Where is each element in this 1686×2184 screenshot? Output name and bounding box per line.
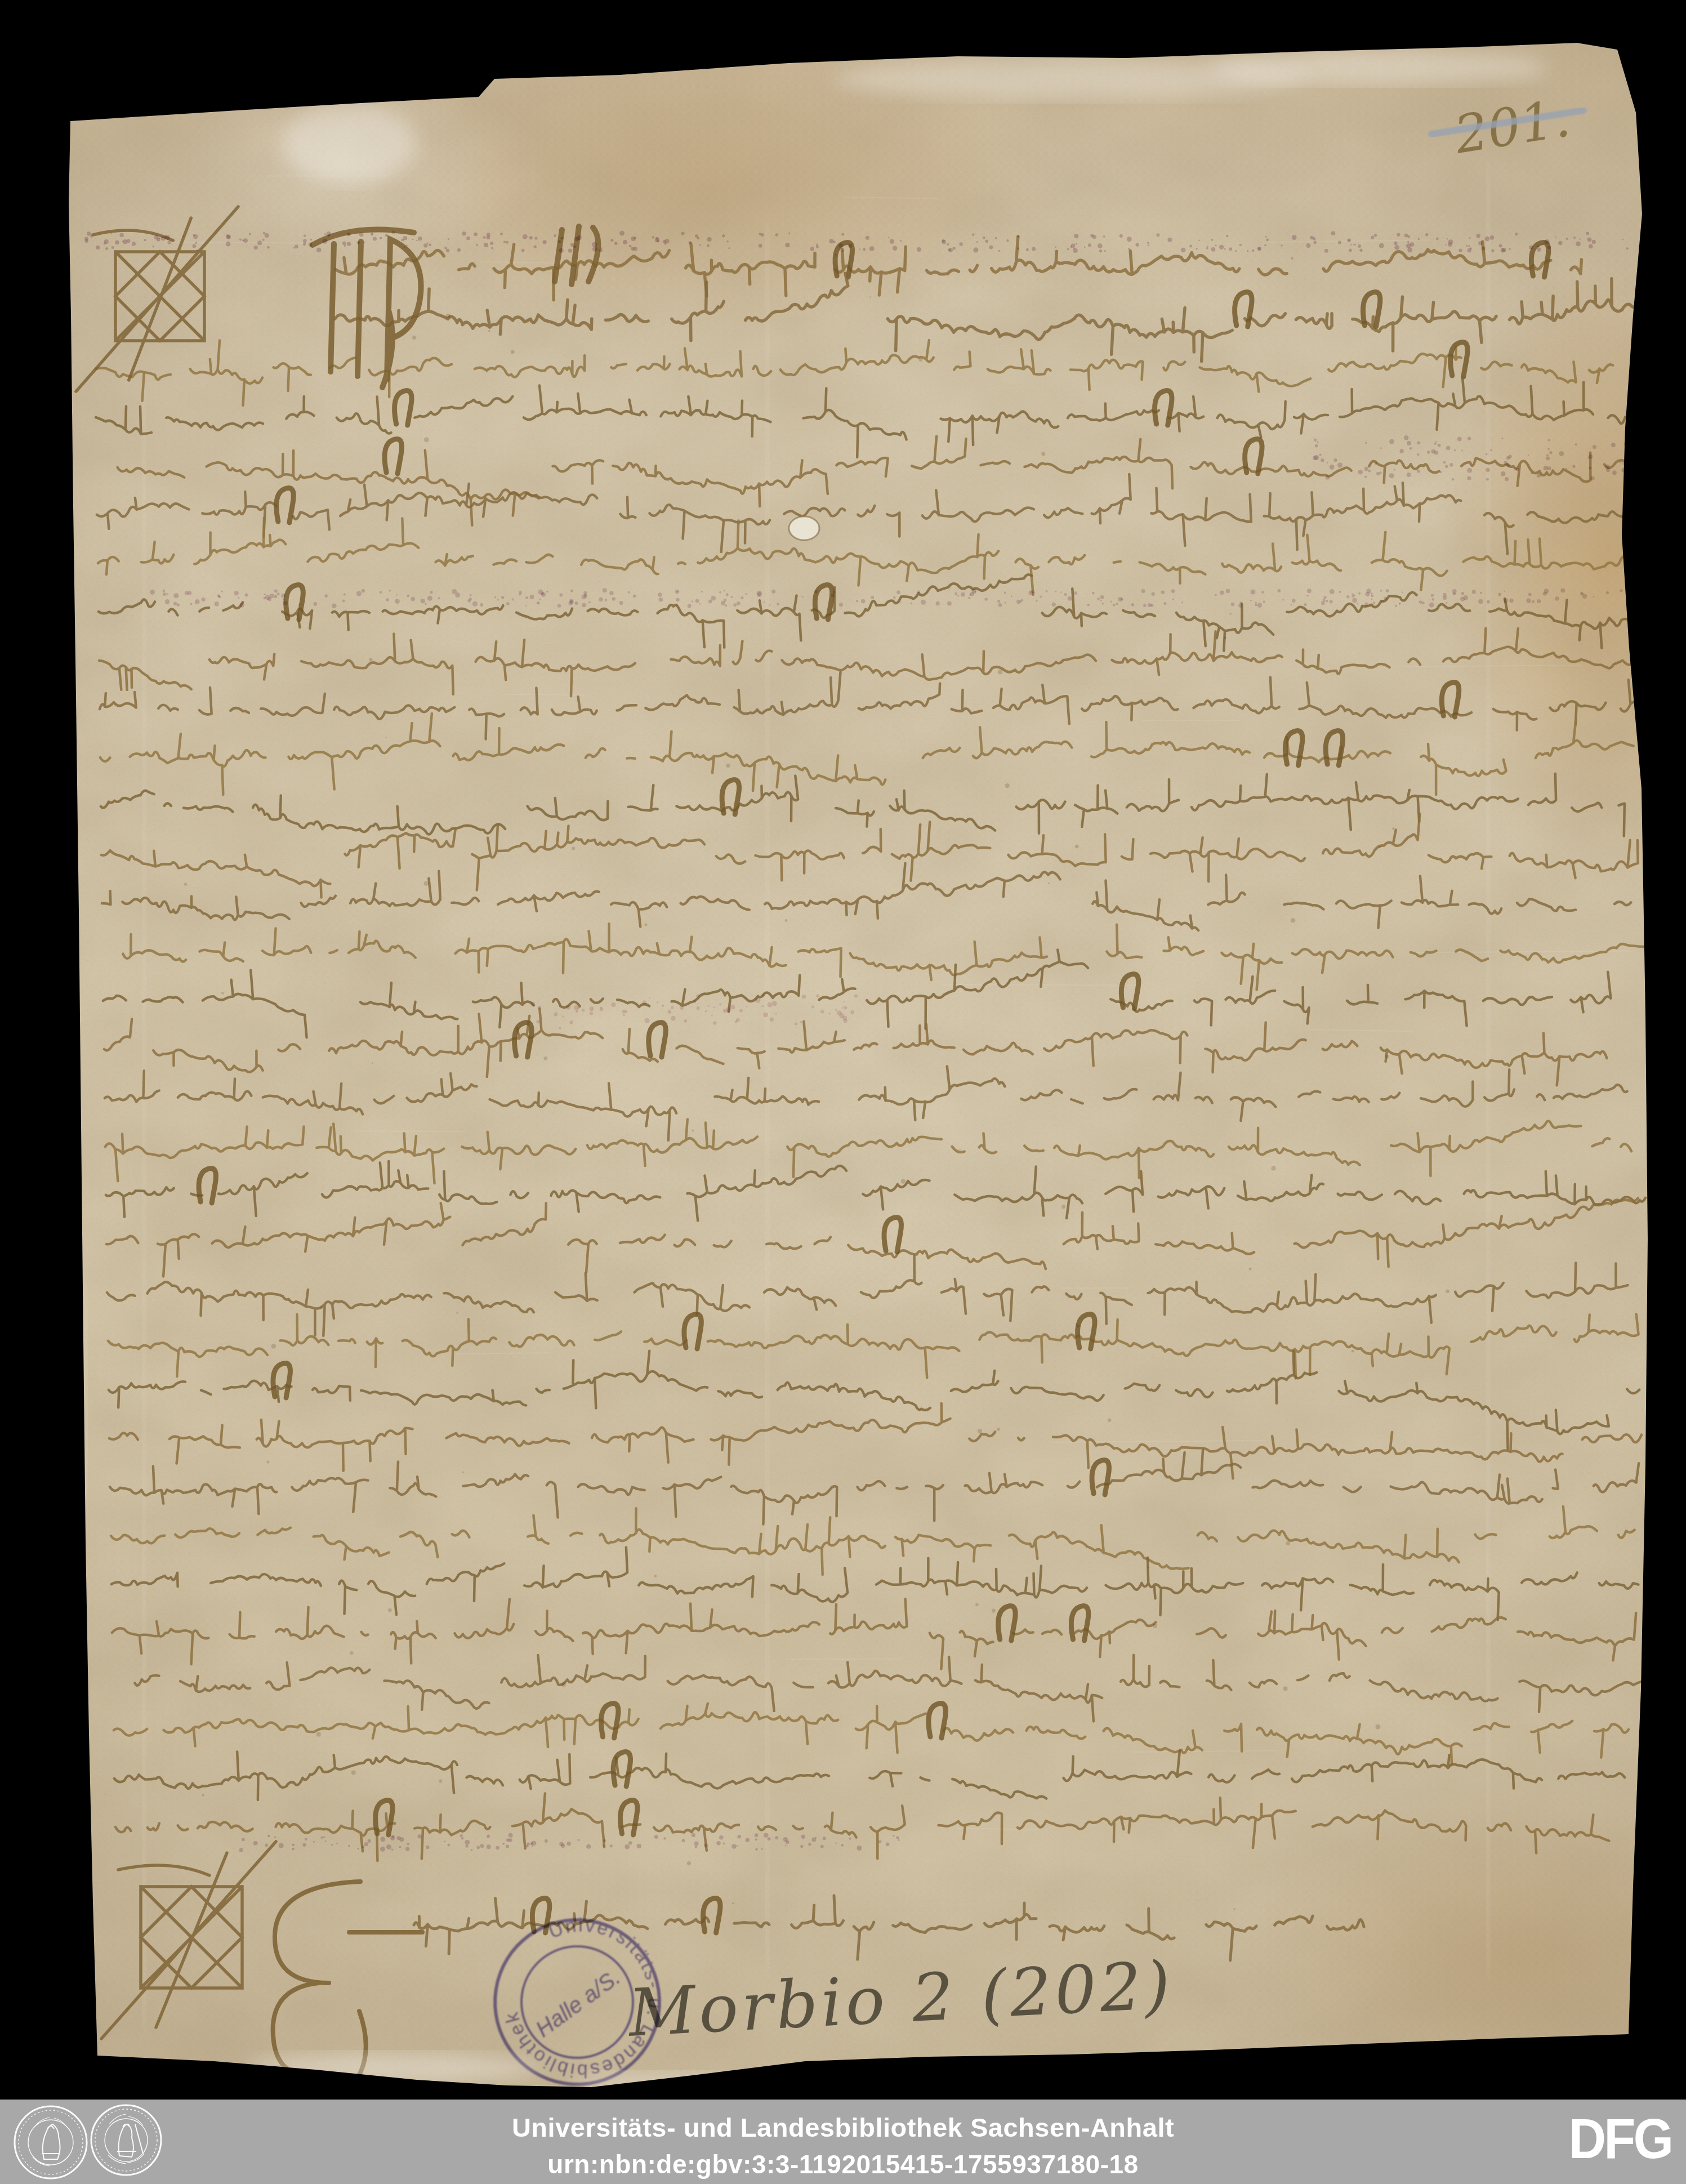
mold-speckle bbox=[253, 1841, 258, 1846]
mold-speckle bbox=[238, 597, 240, 599]
mold-speckle bbox=[1257, 603, 1262, 608]
mold-speckle bbox=[896, 1836, 899, 1839]
mold-speckle bbox=[184, 882, 187, 885]
mold-speckle bbox=[684, 1019, 687, 1023]
mold-speckle bbox=[326, 231, 331, 236]
mold-speckle bbox=[313, 1841, 315, 1843]
mold-speckle bbox=[1250, 600, 1252, 601]
mold-speckle bbox=[1076, 1325, 1080, 1328]
mold-speckle bbox=[957, 595, 960, 597]
mold-speckle bbox=[863, 248, 866, 251]
mold-speckle bbox=[1501, 248, 1505, 253]
mold-speckle bbox=[488, 330, 490, 332]
mold-speckle bbox=[592, 247, 597, 252]
mold-speckle bbox=[746, 1006, 748, 1008]
mold-speckle bbox=[342, 242, 346, 246]
mold-speckle bbox=[1499, 244, 1502, 248]
mold-speckle bbox=[844, 1006, 847, 1010]
mold-speckle bbox=[1446, 1289, 1449, 1293]
mold-speckle bbox=[1515, 468, 1519, 471]
mold-speckle bbox=[562, 1016, 564, 1018]
mold-speckle bbox=[1032, 247, 1036, 251]
mold-speckle bbox=[218, 595, 220, 597]
mold-speckle bbox=[1505, 477, 1509, 481]
mold-speckle bbox=[554, 234, 556, 237]
mold-speckle bbox=[1100, 600, 1102, 601]
mold-speckle bbox=[221, 992, 224, 995]
mold-speckle bbox=[711, 1015, 713, 1017]
mold-speckle bbox=[163, 590, 165, 592]
mold-speckle bbox=[426, 1846, 429, 1849]
mold-speckle bbox=[1238, 604, 1242, 608]
mold-speckle bbox=[1419, 600, 1422, 604]
mold-speckle bbox=[465, 1840, 470, 1845]
mold-speckle bbox=[385, 234, 388, 237]
mold-speckle bbox=[610, 1844, 613, 1847]
fiber-streak bbox=[354, 1131, 465, 1131]
mold-speckle bbox=[1229, 613, 1232, 615]
mold-speckle bbox=[1537, 599, 1541, 603]
mold-speckle bbox=[1463, 595, 1468, 600]
mold-speckle bbox=[1486, 468, 1490, 473]
mold-speckle bbox=[1611, 443, 1616, 447]
mold-speckle bbox=[1432, 598, 1435, 601]
mold-speckle bbox=[764, 601, 765, 603]
mold-speckle bbox=[320, 1307, 323, 1309]
mold-speckle bbox=[310, 239, 312, 240]
mold-speckle bbox=[788, 233, 790, 234]
mold-speckle bbox=[1358, 244, 1361, 248]
mold-speckle bbox=[283, 599, 285, 601]
mold-speckle bbox=[1407, 473, 1411, 477]
mold-speckle bbox=[835, 1843, 837, 1844]
mold-speckle bbox=[523, 234, 528, 239]
mold-speckle bbox=[487, 1844, 491, 1849]
mold-speckle bbox=[886, 1843, 890, 1847]
mold-speckle bbox=[257, 240, 262, 245]
mold-speckle bbox=[424, 881, 429, 886]
mold-speckle bbox=[1352, 1350, 1354, 1353]
mold-speckle bbox=[195, 242, 197, 244]
mold-speckle bbox=[309, 243, 313, 247]
mold-speckle bbox=[1314, 438, 1317, 441]
mold-speckle bbox=[1389, 473, 1394, 478]
mold-speckle bbox=[1461, 592, 1464, 595]
mold-speckle bbox=[281, 594, 285, 598]
mold-speckle bbox=[487, 1835, 490, 1838]
mold-speckle bbox=[1376, 472, 1380, 475]
mold-speckle bbox=[534, 237, 537, 240]
mold-speckle bbox=[861, 599, 866, 604]
mold-speckle bbox=[472, 601, 478, 607]
mold-speckle bbox=[578, 1839, 580, 1841]
mold-speckle bbox=[1410, 242, 1415, 247]
mold-speckle bbox=[603, 1845, 604, 1847]
mold-speckle bbox=[1392, 827, 1394, 830]
mold-speckle bbox=[501, 596, 504, 599]
mold-speckle bbox=[560, 237, 563, 240]
mold-speckle bbox=[658, 592, 662, 597]
mold-speckle bbox=[1434, 443, 1437, 445]
mold-speckle bbox=[985, 239, 989, 243]
mold-speckle bbox=[110, 233, 112, 234]
mold-speckle bbox=[1147, 1567, 1149, 1568]
mold-speckle bbox=[1422, 601, 1425, 604]
mold-speckle bbox=[739, 1009, 743, 1013]
mold-speckle bbox=[132, 242, 136, 246]
mold-speckle bbox=[347, 242, 351, 247]
mold-speckle bbox=[1358, 592, 1361, 595]
mold-speckle bbox=[1592, 240, 1596, 244]
mold-speckle bbox=[978, 1429, 982, 1433]
mold-speckle bbox=[471, 1849, 473, 1851]
mold-speckle bbox=[1506, 463, 1510, 467]
mold-speckle bbox=[1048, 882, 1050, 884]
mold-speckle bbox=[462, 1471, 464, 1473]
mold-speckle bbox=[424, 437, 429, 442]
mold-speckle bbox=[1445, 244, 1446, 246]
mold-speckle bbox=[835, 1009, 837, 1011]
mold-speckle bbox=[1491, 249, 1494, 252]
mold-speckle bbox=[1449, 463, 1453, 466]
mold-speckle bbox=[681, 232, 685, 235]
mold-speckle bbox=[1619, 462, 1621, 463]
mold-speckle bbox=[1075, 844, 1079, 848]
mold-speckle bbox=[849, 1838, 851, 1840]
mold-speckle bbox=[1224, 636, 1226, 639]
mold-speckle bbox=[404, 247, 405, 248]
mold-speckle bbox=[1337, 462, 1342, 467]
mold-speckle bbox=[388, 1608, 392, 1612]
mold-speckle bbox=[664, 1837, 666, 1839]
mold-speckle bbox=[1147, 242, 1149, 244]
mold-speckle bbox=[1466, 245, 1468, 247]
mold-speckle bbox=[1626, 247, 1629, 249]
mold-speckle bbox=[305, 1838, 307, 1840]
mold-speckle bbox=[917, 247, 921, 252]
mold-speckle bbox=[1307, 589, 1312, 593]
mold-speckle bbox=[814, 590, 818, 594]
mold-speckle bbox=[1445, 465, 1448, 469]
mold-speckle bbox=[851, 1010, 855, 1014]
mold-speckle bbox=[992, 1608, 996, 1612]
mold-speckle bbox=[680, 1006, 684, 1010]
mold-speckle bbox=[1443, 461, 1446, 464]
mold-speckle bbox=[1073, 248, 1075, 249]
mold-speckle bbox=[1399, 449, 1404, 453]
mold-speckle bbox=[392, 231, 395, 234]
mold-speckle bbox=[998, 670, 1003, 675]
mold-speckle bbox=[1547, 448, 1550, 451]
mold-speckle bbox=[823, 1837, 826, 1840]
mold-speckle bbox=[526, 605, 528, 607]
scan-glare bbox=[1211, 51, 1549, 84]
mold-speckle bbox=[1110, 601, 1112, 603]
mold-speckle bbox=[612, 597, 615, 600]
mold-speckle bbox=[177, 604, 180, 607]
mold-speckle bbox=[484, 243, 488, 247]
mold-speckle bbox=[1304, 603, 1306, 606]
mold-speckle bbox=[1153, 1624, 1157, 1628]
mold-speckle bbox=[1128, 248, 1130, 249]
mold-speckle bbox=[1467, 468, 1472, 473]
mold-speckle bbox=[1064, 593, 1067, 596]
mold-speckle bbox=[947, 601, 952, 606]
mold-speckle bbox=[303, 243, 306, 246]
mold-speckle bbox=[1440, 471, 1442, 474]
mold-speckle bbox=[1163, 602, 1166, 605]
mold-speckle bbox=[770, 1018, 774, 1022]
mold-speckle bbox=[572, 847, 575, 850]
mold-speckle bbox=[271, 1344, 276, 1349]
mold-speckle bbox=[975, 1603, 979, 1606]
mold-speckle bbox=[534, 245, 537, 248]
mold-speckle bbox=[1314, 455, 1319, 460]
mold-speckle bbox=[570, 590, 573, 592]
mold-speckle bbox=[997, 600, 1000, 603]
mold-speckle bbox=[1549, 451, 1552, 454]
mold-speckle bbox=[1576, 242, 1581, 247]
mold-speckle bbox=[448, 1844, 451, 1847]
mold-speckle bbox=[1566, 468, 1568, 470]
mold-speckle bbox=[1486, 478, 1489, 481]
mold-speckle bbox=[348, 1845, 350, 1847]
mold-speckle bbox=[711, 596, 716, 601]
mold-speckle bbox=[898, 1839, 899, 1841]
mold-speckle bbox=[267, 1835, 270, 1838]
mold-speckle bbox=[1067, 248, 1069, 251]
mold-speckle bbox=[1427, 451, 1430, 453]
mold-speckle bbox=[1313, 237, 1315, 240]
mold-speckle bbox=[525, 596, 528, 599]
mold-speckle bbox=[344, 593, 346, 595]
mold-speckle bbox=[369, 658, 372, 661]
mold-speckle bbox=[150, 590, 155, 595]
mold-speckle bbox=[362, 589, 365, 593]
mold-speckle bbox=[692, 1833, 695, 1837]
mold-speckle bbox=[423, 243, 427, 247]
mold-speckle bbox=[104, 239, 109, 244]
mold-speckle bbox=[1255, 604, 1257, 607]
mold-speckle bbox=[769, 604, 771, 606]
mold-speckle bbox=[687, 1861, 691, 1865]
mold-speckle bbox=[1435, 441, 1437, 443]
mold-speckle bbox=[1127, 237, 1132, 242]
mold-speckle bbox=[688, 604, 692, 608]
mold-speckle bbox=[292, 1844, 295, 1846]
mold-speckle bbox=[1375, 462, 1377, 465]
footer-institution: Universitäts- und Landesbibliothek Sachs… bbox=[0, 2112, 1686, 2143]
mold-speckle bbox=[573, 246, 576, 248]
mold-speckle bbox=[494, 596, 497, 599]
mold-speckle bbox=[1030, 590, 1033, 594]
mold-speckle bbox=[1181, 602, 1183, 604]
mold-speckle bbox=[197, 249, 199, 252]
mold-speckle bbox=[1255, 601, 1257, 604]
mold-speckle bbox=[631, 247, 634, 251]
mold-speckle bbox=[511, 598, 512, 599]
mold-speckle bbox=[165, 235, 170, 240]
mold-speckle bbox=[1543, 591, 1547, 595]
mold-speckle bbox=[295, 245, 298, 249]
mold-speckle bbox=[264, 597, 266, 600]
mold-speckle bbox=[1005, 783, 1009, 788]
parchment-crease bbox=[142, 394, 146, 2027]
mold-speckle bbox=[921, 600, 926, 605]
mold-speckle bbox=[1330, 600, 1333, 603]
mold-speckle bbox=[1247, 250, 1248, 252]
mold-speckle bbox=[558, 240, 561, 243]
mold-speckle bbox=[521, 249, 525, 252]
mold-speckle bbox=[1348, 239, 1350, 241]
mold-speckle bbox=[1508, 455, 1511, 458]
mold-speckle bbox=[633, 595, 636, 598]
mold-speckle bbox=[842, 250, 844, 252]
mold-speckle bbox=[1323, 596, 1326, 599]
mold-speckle bbox=[1605, 465, 1609, 469]
mold-speckle bbox=[391, 1848, 394, 1851]
mold-speckle bbox=[336, 1843, 338, 1844]
mold-speckle bbox=[969, 594, 971, 596]
mold-speckle bbox=[1371, 592, 1373, 595]
mold-speckle bbox=[215, 601, 219, 606]
mold-speckle bbox=[1026, 248, 1029, 251]
mold-speckle bbox=[726, 764, 730, 768]
mold-speckle bbox=[972, 233, 974, 235]
mold-speckle bbox=[1263, 601, 1265, 603]
mold-speckle bbox=[411, 597, 415, 601]
mold-speckle bbox=[462, 231, 466, 235]
mold-speckle bbox=[732, 1902, 734, 1905]
mold-speckle bbox=[1271, 1166, 1276, 1171]
mold-speckle bbox=[1394, 242, 1397, 245]
mold-speckle bbox=[757, 592, 761, 597]
mold-speckle bbox=[1286, 1541, 1290, 1545]
mold-speckle bbox=[316, 1732, 321, 1736]
mold-speckle bbox=[1321, 458, 1324, 462]
mold-speckle bbox=[1211, 239, 1214, 241]
mold-speckle bbox=[1076, 243, 1077, 244]
mold-speckle bbox=[561, 1682, 566, 1687]
mold-speckle bbox=[444, 1840, 445, 1842]
mold-speckle bbox=[1532, 600, 1535, 603]
mold-speckle bbox=[1528, 454, 1529, 456]
mold-speckle bbox=[574, 1005, 579, 1010]
mold-speckle bbox=[842, 1015, 847, 1020]
mold-speckle bbox=[1572, 465, 1575, 468]
mold-speckle bbox=[265, 1844, 268, 1847]
mold-speckle bbox=[795, 1022, 797, 1025]
mold-speckle bbox=[1292, 599, 1296, 603]
mold-speckle bbox=[303, 239, 307, 243]
mold-speckle bbox=[1581, 592, 1583, 595]
mold-speckle bbox=[802, 995, 806, 999]
mold-speckle bbox=[249, 233, 251, 235]
mold-speckle bbox=[893, 596, 896, 599]
mold-speckle bbox=[264, 594, 266, 595]
mold-speckle bbox=[438, 597, 440, 599]
mold-speckle bbox=[801, 1835, 805, 1839]
mold-speckle bbox=[1198, 240, 1200, 242]
mold-speckle bbox=[221, 591, 222, 592]
mold-speckle bbox=[1490, 235, 1495, 240]
mold-speckle bbox=[396, 594, 398, 596]
mold-speckle bbox=[732, 1844, 736, 1849]
mold-speckle bbox=[1368, 470, 1371, 473]
mold-speckle bbox=[701, 591, 703, 592]
mold-speckle bbox=[1472, 590, 1476, 594]
mold-speckle bbox=[446, 248, 449, 252]
mold-speckle bbox=[1261, 591, 1264, 594]
mold-speckle bbox=[324, 594, 328, 598]
mold-speckle bbox=[1102, 603, 1104, 604]
mold-speckle bbox=[1622, 462, 1625, 465]
mold-speckle bbox=[1087, 604, 1090, 607]
mold-speckle bbox=[619, 231, 625, 236]
mold-speckle bbox=[1469, 237, 1471, 239]
mold-speckle bbox=[368, 1839, 371, 1843]
mold-speckle bbox=[1306, 243, 1310, 248]
mold-speckle bbox=[1407, 241, 1410, 243]
mold-speckle bbox=[407, 594, 409, 597]
mold-speckle bbox=[626, 1010, 628, 1013]
mold-speckle bbox=[649, 997, 650, 999]
mold-speckle bbox=[325, 1840, 327, 1842]
mold-speckle bbox=[869, 246, 875, 251]
mold-speckle bbox=[888, 237, 889, 238]
mold-speckle bbox=[274, 595, 278, 598]
mold-speckle bbox=[323, 1836, 325, 1838]
mold-speckle bbox=[1331, 231, 1336, 236]
mold-speckle bbox=[1468, 245, 1470, 247]
mold-speckle bbox=[554, 1013, 557, 1017]
mold-speckle bbox=[448, 238, 449, 240]
mold-speckle bbox=[1457, 437, 1462, 442]
mold-speckle bbox=[783, 1837, 788, 1842]
mold-speckle bbox=[425, 603, 426, 605]
dfg-logo: DFG bbox=[1569, 2107, 1671, 2171]
mold-speckle bbox=[321, 1837, 323, 1839]
mold-speckle bbox=[1011, 596, 1013, 598]
mold-speckle bbox=[893, 1835, 894, 1837]
mold-speckle bbox=[161, 236, 166, 240]
mold-speckle bbox=[1005, 602, 1006, 604]
mold-speckle bbox=[866, 236, 869, 240]
mold-speckle bbox=[239, 603, 244, 608]
mold-speckle bbox=[644, 924, 647, 926]
mold-speckle bbox=[724, 590, 725, 592]
mold-speckle bbox=[193, 234, 195, 237]
mold-speckle bbox=[1446, 602, 1447, 604]
mold-speckle bbox=[456, 1312, 458, 1314]
mold-speckle bbox=[395, 599, 400, 604]
mold-speckle bbox=[775, 1836, 778, 1839]
mold-speckle bbox=[557, 604, 561, 607]
mold-speckle bbox=[623, 1014, 625, 1016]
mold-speckle bbox=[1152, 592, 1155, 596]
mold-speckle bbox=[726, 240, 728, 242]
mold-speckle bbox=[298, 604, 300, 605]
mold-speckle bbox=[658, 598, 663, 602]
mold-speckle bbox=[1380, 590, 1382, 592]
mold-speckle bbox=[1364, 475, 1367, 478]
mold-speckle bbox=[1399, 603, 1401, 605]
mold-speckle bbox=[512, 599, 514, 601]
mold-speckle bbox=[350, 1651, 353, 1655]
mold-speckle bbox=[708, 1005, 710, 1007]
mold-speckle bbox=[1135, 243, 1139, 246]
mold-speckle bbox=[654, 1575, 657, 1577]
